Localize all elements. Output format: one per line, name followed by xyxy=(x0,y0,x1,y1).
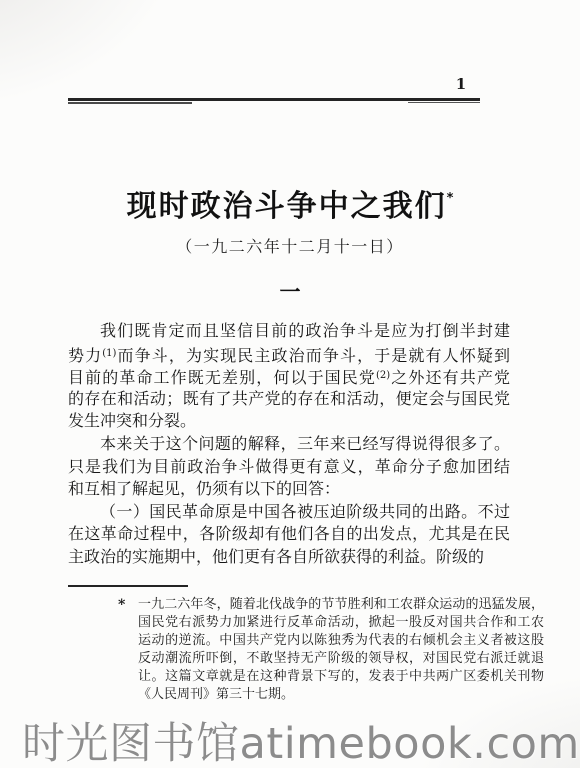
title-footnote-marker: * xyxy=(447,191,454,206)
body-text-segment: 主政治的实施期中，他们更有各自所欲获得的利益。阶级的 xyxy=(68,547,484,566)
body-line: 的存在和活动；既有了共产党的存在和活动，便定会与国民党 xyxy=(68,388,510,411)
body-text-segment: 本来关于这个问题的解释，三年来已经写得说得很多了。 xyxy=(100,434,510,453)
footnote-line: 反动潮流所吓倒，不敢坚持无产阶级的领导权，对国民党右派迁就退 xyxy=(138,650,544,668)
footnote-text: 一九二六年冬，随着北伐战争的节节胜利和工农群众运动的迅猛发展，国民党右派势力加紧… xyxy=(138,596,544,704)
body-text-segment: 我们既肯定而且坚信目前的政治争斗是应为打倒半封建 xyxy=(100,321,510,340)
body-line: 发生冲突和分裂。 xyxy=(68,410,510,433)
body-text-segment: 和互相了解起见，仍须有以下的回答： xyxy=(68,479,340,498)
body-line: 和互相了解起见，仍须有以下的回答： xyxy=(68,478,510,501)
book-page: 1 现时政治斗争中之我们* （一九二六年十二月十一日） 一 我们既肯定而且坚信目… xyxy=(0,0,580,768)
body-text-segment: 目前的革命工作既无差别，何以于国民党 xyxy=(68,368,376,387)
body-text-segment: 发生冲突和分裂。 xyxy=(68,411,196,430)
body-text-segment: 而争斗，为实现民主政治而争斗，于是就有人怀疑到 xyxy=(116,346,510,365)
article-date: （一九二六年十二月十一日） xyxy=(0,234,580,257)
body-line: 势力(1)而争斗，为实现民主政治而争斗，于是就有人怀疑到 xyxy=(68,343,510,366)
section-marker: 一 xyxy=(0,276,580,306)
paragraph: 我们既肯定而且坚信目前的政治争斗是应为打倒半封建势力(1)而争斗，为实现民主政治… xyxy=(68,320,510,433)
body-text-segment: 之外还有共产党 xyxy=(390,368,510,387)
footnote-line: 让。这篇文章就是在这种背景下写的，发表于中共两广区委机关刊物 xyxy=(138,668,544,686)
body-line: 我们既肯定而且坚信目前的政治争斗是应为打倒半封建 xyxy=(68,320,510,343)
header-rule-echo-right xyxy=(408,102,480,103)
footnote-line: 国民党右派势力加紧进行反革命活动，掀起一股反对国共合作和工农 xyxy=(138,614,544,632)
article-title: 现时政治斗争中之我们* xyxy=(0,181,580,225)
body-text-segment: 只是我们为目前政治争斗做得更有意义，革命分子愈加团结 xyxy=(68,457,510,476)
footnote-ref: (2) xyxy=(376,370,390,381)
paragraph: （一）国民革命原是中国各被压迫阶级共同的出路。不过在这革命过程中，各阶级却有他们… xyxy=(68,501,510,569)
article-body: 我们既肯定而且坚信目前的政治争斗是应为打倒半封建势力(1)而争斗，为实现民主政治… xyxy=(68,320,510,569)
header-rule-echo-left xyxy=(68,102,192,104)
body-line: （一）国民革命原是中国各被压迫阶级共同的出路。不过 xyxy=(68,501,510,524)
footnote-line: 《人民周刊》第三十七期。 xyxy=(138,686,544,704)
header-rule xyxy=(68,98,480,101)
footnote-marker: * xyxy=(118,597,125,613)
body-line: 本来关于这个问题的解释，三年来已经写得说得很多了。 xyxy=(68,433,510,456)
paragraph: 本来关于这个问题的解释，三年来已经写得说得很多了。只是我们为目前政治争斗做得更有… xyxy=(68,433,510,501)
page-number: 1 xyxy=(448,75,474,93)
footnote-line: 运动的逆流。中国共产党内以陈独秀为代表的右倾机会主义者被这股 xyxy=(138,632,544,650)
article-title-text: 现时政治斗争中之我们 xyxy=(127,189,447,224)
body-line: 在这革命过程中，各阶级却有他们各自的出发点，尤其是在民 xyxy=(68,523,510,546)
body-text-segment: （一）国民革命原是中国各被压迫阶级共同的出路。不过 xyxy=(100,502,510,521)
body-text-segment: 的存在和活动；既有了共产党的存在和活动，便定会与国民党 xyxy=(68,389,510,408)
body-line: 只是我们为目前政治争斗做得更有意义，革命分子愈加团结 xyxy=(68,456,510,479)
footnote-rule xyxy=(68,585,188,587)
body-text-segment: 势力 xyxy=(68,346,102,365)
body-line: 主政治的实施期中，他们更有各自所欲获得的利益。阶级的 xyxy=(68,546,510,569)
footnote: * 一九二六年冬，随着北伐战争的节节胜利和工农群众运动的迅猛发展，国民党右派势力… xyxy=(118,596,548,704)
footnote-line: 一九二六年冬，随着北伐战争的节节胜利和工农群众运动的迅猛发展， xyxy=(138,596,544,614)
body-line: 目前的革命工作既无差别，何以于国民党(2)之外还有共产党 xyxy=(68,365,510,388)
watermark: 时光图书馆atimebook.com xyxy=(22,710,580,768)
body-text-segment: 在这革命过程中，各阶级却有他们各自的出发点，尤其是在民 xyxy=(68,524,510,543)
footnote-ref: (1) xyxy=(102,348,116,359)
